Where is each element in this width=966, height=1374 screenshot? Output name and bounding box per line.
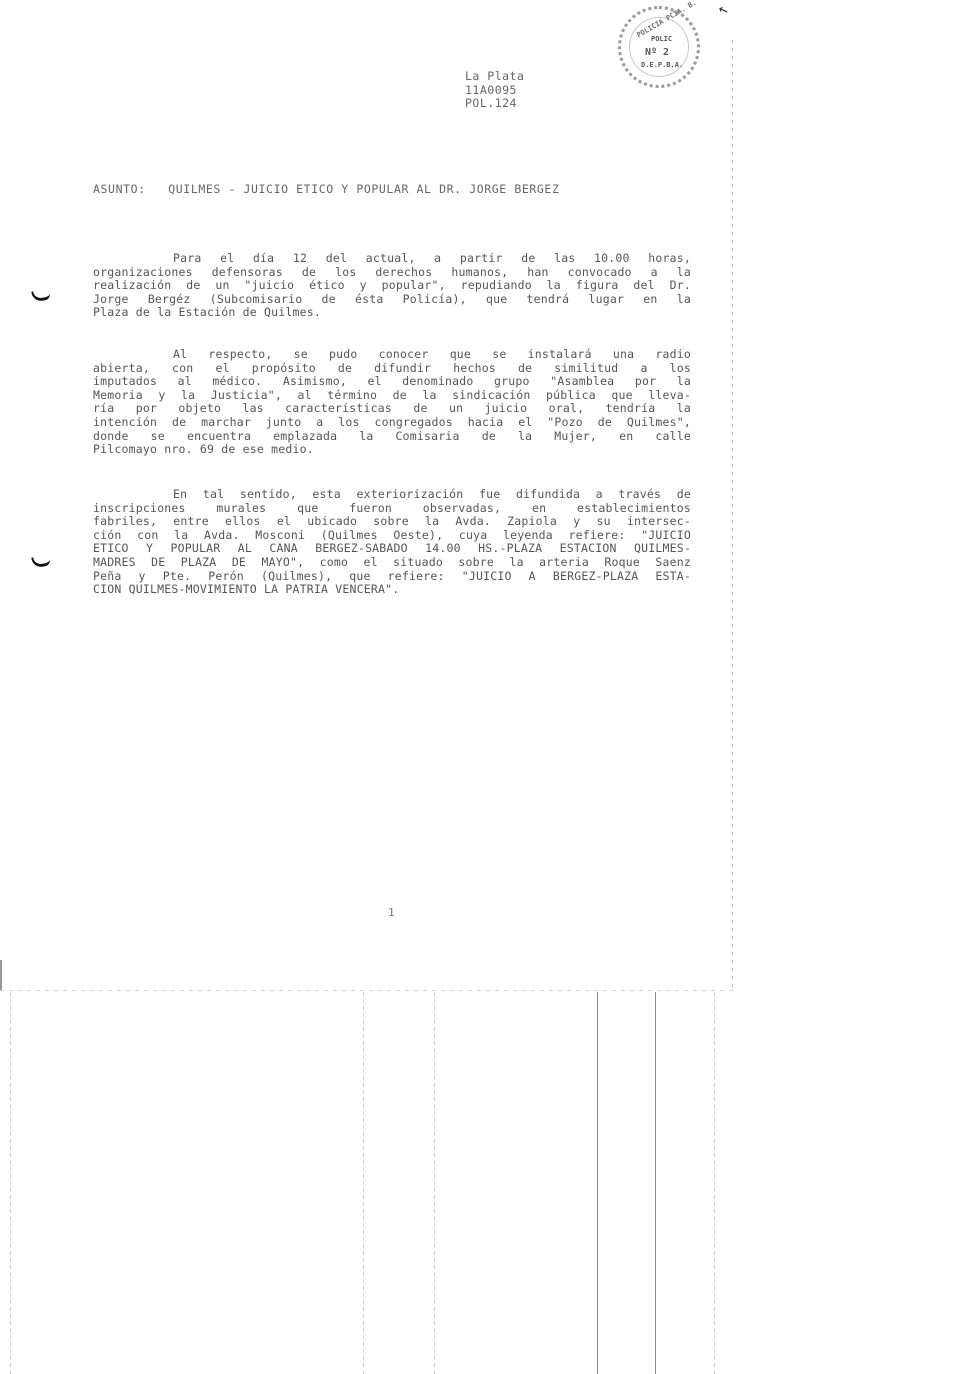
paragraph-line: Plaza de la Estación de Quilmes. (93, 306, 691, 320)
paragraph-line: fabriles, entre ellos el ubicado sobre l… (93, 515, 691, 529)
paragraph-line: intención de marchar junto a los congreg… (93, 416, 691, 430)
subject-line: ASUNTO: QUILMES - JUICIO ETICO Y POPULAR… (93, 182, 559, 196)
binder-hole-mark-bottom (31, 555, 51, 569)
stamp-line-2: Nº 2 (645, 47, 669, 58)
subject-label: ASUNTO: (93, 182, 146, 196)
paragraph-line: ETICO Y POPULAR AL CANA BERGEZ-SABADO 14… (93, 542, 691, 556)
paragraph-line: imputados al médico. Asimismo, el denomi… (93, 375, 691, 389)
paragraph-line: Peña y Pte. Perón (Quilmes), que refiere… (93, 570, 691, 584)
scan-artifact-line (10, 992, 11, 1374)
document-header: La Plata 11A0095 POL.124 (465, 70, 524, 111)
header-code: 11A0095 (465, 84, 524, 98)
binder-hole-mark-top (31, 289, 51, 303)
scan-artifact-line (655, 992, 656, 1374)
paragraph-line: ría por objeto las características de un… (93, 402, 691, 416)
official-seal-stamp: POLICIA PCIA. B. POLIC Nº 2 D.E.P.B.A. (618, 6, 700, 88)
paragraph-line: En tal sentido, esta exteriorización fue… (93, 488, 691, 502)
page-left-edge (0, 960, 2, 990)
paragraph-1: Para el día 12 del actual, a partir de l… (93, 252, 691, 320)
document-page: POLICIA PCIA. B. POLIC Nº 2 D.E.P.B.A. ↖… (0, 0, 735, 990)
scan-artifact-line (714, 992, 715, 1374)
header-reference: POL.124 (465, 97, 524, 111)
paragraph-line: Al respecto, se pudo conocer que se inst… (93, 348, 691, 362)
header-place: La Plata (465, 70, 524, 84)
scan-artifact-line (363, 992, 364, 1374)
paragraph-line: Memoria y la Justicia", al término de la… (93, 389, 691, 403)
paragraph-line: Para el día 12 del actual, a partir de l… (93, 252, 691, 266)
page-number: 1 (388, 906, 395, 919)
paragraph-line: donde se encuentra emplazada la Comisari… (93, 430, 691, 444)
scan-artifact-line (434, 992, 435, 1374)
paragraph-line: realización de un "juicio ético y popula… (93, 279, 691, 293)
corner-handwritten-mark: ↖ (716, 0, 735, 18)
page-bottom-edge (0, 990, 735, 991)
paragraph-line: Pilcomayo nro. 69 de ese medio. (93, 443, 691, 457)
paragraph-2: Al respecto, se pudo conocer que se inst… (93, 348, 691, 457)
stamp-line-3: D.E.P.B.A. (641, 61, 683, 69)
page-right-edge (732, 40, 733, 990)
paragraph-line: inscripciones murales que fueron observa… (93, 502, 691, 516)
scan-artifact-line (597, 992, 598, 1374)
paragraph-line: ción con la Avda. Mosconi (Quilmes Oeste… (93, 529, 691, 543)
paragraph-line: MADRES DE PLAZA DE MAYO", como el situad… (93, 556, 691, 570)
paragraph-line: CION QUILMES-MOVIMIENTO LA PATRIA VENCER… (93, 583, 691, 597)
paragraph-line: organizaciones defensoras de los derecho… (93, 266, 691, 280)
stamp-line-1: POLIC (651, 35, 672, 43)
paragraph-line: abierta, con el propósito de difundir he… (93, 362, 691, 376)
paragraph-line: Jorge Bergéz (Subcomisario de ésta Polic… (93, 293, 691, 307)
paragraph-3: En tal sentido, esta exteriorización fue… (93, 488, 691, 597)
subject-text: QUILMES - JUICIO ETICO Y POPULAR AL DR. … (168, 182, 559, 196)
